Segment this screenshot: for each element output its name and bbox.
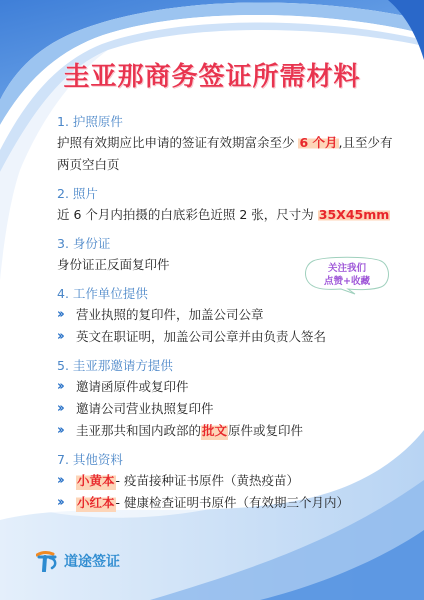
- list-item: ››圭亚那共和国内政部的批文原件或复印件: [57, 420, 397, 442]
- page-title: 圭亚那商务签证所需材料: [0, 56, 424, 93]
- section-passport: 1. 护照原件 护照有效期应比申请的签证有效期富余至少 6 个月,且至少有两页空…: [57, 112, 397, 176]
- list-item-text: - 健康检查证明书原件（有效期三个月内）: [116, 492, 350, 514]
- brand-logo: 道途签证: [36, 550, 120, 572]
- list-item-text: 营业执照的复印件，加盖公司公章: [76, 304, 264, 326]
- list-item: ››邀请公司营业执照复印件: [57, 398, 397, 420]
- list-item: ››营业执照的复印件，加盖公司公章: [57, 304, 397, 326]
- list-item: ››小红本 - 健康检查证明书原件（有效期三个月内）: [57, 492, 397, 514]
- double-chevron-right-icon: ››: [57, 420, 73, 442]
- double-chevron-right-icon: ››: [57, 470, 73, 492]
- double-chevron-right-icon: ››: [57, 398, 73, 420]
- visa-requirements-poster: 圭亚那商务签证所需材料 1. 护照原件 护照有效期应比申请的签证有效期富余至少 …: [0, 0, 424, 600]
- highlight-text: 小红本: [76, 492, 116, 514]
- section-heading: 7. 其他资料: [57, 450, 397, 470]
- highlight-text: 35X45mm: [318, 207, 390, 222]
- double-chevron-right-icon: ››: [57, 326, 73, 348]
- requirements-list: 1. 护照原件 护照有效期应比申请的签证有效期富余至少 6 个月,且至少有两页空…: [57, 112, 397, 522]
- daotu-t-logo-icon: [36, 550, 58, 572]
- section-inviter: 5. 圭亚那邀请方提供 ››邀请函原件或复印件 ››邀请公司营业执照复印件 ››…: [57, 356, 397, 442]
- list-item: ››邀请函原件或复印件: [57, 376, 397, 398]
- section-text: 近 6 个月内拍摄的白底彩色近照 2 张，尺寸为 35X45mm: [57, 204, 397, 226]
- double-chevron-right-icon: ››: [57, 376, 73, 398]
- highlight-text: 小黄本: [76, 470, 116, 492]
- text-fragment: 圭亚那共和国内政部的: [76, 420, 201, 442]
- section-heading: 3. 身份证: [57, 234, 397, 254]
- list-item-text: 邀请函原件或复印件: [76, 376, 189, 398]
- list-item-text: 邀请公司营业执照复印件: [76, 398, 214, 420]
- text-fragment: 护照有效期应比申请的签证有效期富余至少: [57, 135, 298, 150]
- double-chevron-right-icon: ››: [57, 492, 73, 514]
- section-heading: 2. 照片: [57, 184, 397, 204]
- callout-line: 关注我们: [303, 262, 391, 275]
- list-item: ››英文在职证明，加盖公司公章并由负责人签名: [57, 326, 397, 348]
- callout-line: 点赞+收藏: [303, 275, 391, 288]
- list-item-text: - 疫苗接种证书原件（黄热疫苗）: [116, 470, 300, 492]
- brand-name: 道途签证: [64, 551, 120, 571]
- highlight-text: 批文: [201, 420, 228, 442]
- list-item-text: 英文在职证明，加盖公司公章并由负责人签名: [76, 326, 326, 348]
- follow-us-callout: 关注我们 点赞+收藏: [303, 262, 391, 288]
- section-heading: 5. 圭亚那邀请方提供: [57, 356, 397, 376]
- highlight-text: 6 个月: [298, 135, 338, 150]
- text-fragment: 近 6 个月内拍摄的白底彩色近照 2 张，尺寸为: [57, 207, 318, 222]
- section-other: 7. 其他资料 ››小黄本 - 疫苗接种证书原件（黄热疫苗） ››小红本 - 健…: [57, 450, 397, 514]
- double-chevron-right-icon: ››: [57, 304, 73, 326]
- text-fragment: 原件或复印件: [228, 420, 303, 442]
- section-text: 护照有效期应比申请的签证有效期富余至少 6 个月,且至少有两页空白页: [57, 132, 397, 176]
- section-heading: 1. 护照原件: [57, 112, 397, 132]
- section-photo: 2. 照片 近 6 个月内拍摄的白底彩色近照 2 张，尺寸为 35X45mm: [57, 184, 397, 226]
- list-item: ››小黄本 - 疫苗接种证书原件（黄热疫苗）: [57, 470, 397, 492]
